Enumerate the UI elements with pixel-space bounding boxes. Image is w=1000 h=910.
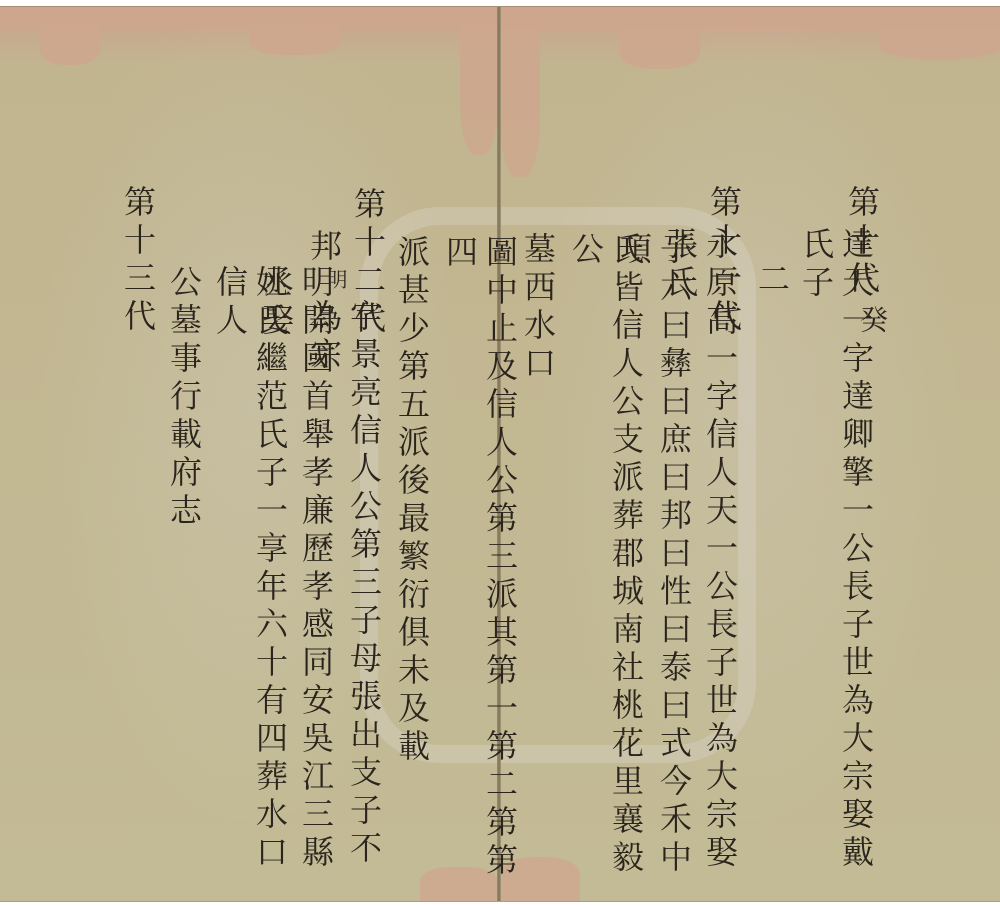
stain: [460, 25, 498, 155]
stain: [40, 25, 100, 65]
gen13-heading: 第十三代: [118, 185, 158, 337]
gen11-entry-4: 墓西水口: [518, 232, 558, 384]
gen12-entry-3: 姚氏繼范氏子一享年六十有四葬水口信人: [210, 265, 290, 901]
gen10-entry: 達天一字達卿擎一公長子世為大宗娶戴氏子: [796, 227, 876, 901]
stain: [500, 27, 540, 177]
gen12-entry-name: 邦: [304, 229, 344, 267]
top-stain: [500, 7, 1000, 31]
note-2: 派甚少第五派後最繁衍俱未及載: [392, 235, 432, 767]
gen11-entry-3: 氏皆信人公支派葬郡城南社桃花里襄毅公: [566, 232, 646, 901]
stain: [620, 29, 700, 69]
gen12-entry-4: 公墓事行載府志: [164, 265, 204, 531]
note-1: 圖中止及信人公第三派其第一第二第第四: [440, 235, 520, 901]
stain: [880, 29, 1000, 59]
gen10-entry-cont: 二: [752, 262, 792, 300]
book-spread: 第十代 癸 達天一字達卿擎一公長子世為大宗娶戴氏子 二 第十一代 永原高一字信人…: [0, 6, 1000, 902]
stain: [250, 25, 340, 55]
